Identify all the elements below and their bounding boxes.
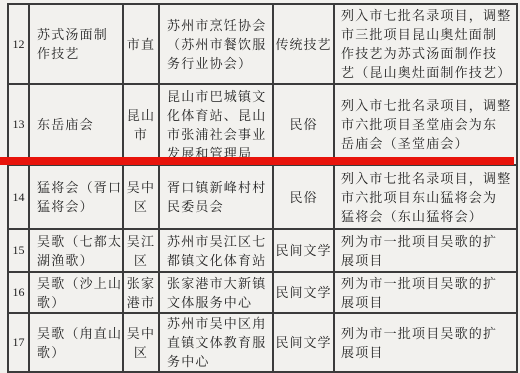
table-row-17: 17 吴歌（甪直山 歌） 吴中 区 苏州市吴中区甪 直镇文体教育服 务中心 民间… xyxy=(8,313,517,372)
cell-category: 民间文学 xyxy=(273,313,334,372)
cell-organization: 胥口镇新峰村村 民委员会 xyxy=(159,165,273,229)
cell-organization: 苏州市吴中区甪 直镇文体教育服 务中心 xyxy=(159,313,273,372)
red-underline-mark xyxy=(0,157,514,165)
cell-organization: 苏州市烹饪协会 （苏州市餐饮服 务行业协会） xyxy=(159,4,273,84)
cell-notes: 列入市七批名录项目，调整 市三批项目昆山奥灶面制 作技艺为苏式汤面制作技 艺（昆… xyxy=(334,4,517,84)
table-row-12: 12 苏式汤面制 作技艺 市直 苏州市烹饪协会 （苏州市餐饮服 务行业协会） 传… xyxy=(8,4,517,84)
cell-notes: 列入市七批名录项目，调整 市六批项目圣堂庙会为东 岳庙会（圣堂庙会） xyxy=(334,84,517,165)
cell-category: 传统技艺 xyxy=(273,4,334,84)
heritage-projects-table: 12 苏式汤面制 作技艺 市直 苏州市烹饪协会 （苏州市餐饮服 务行业协会） 传… xyxy=(7,3,518,373)
cell-region: 市直 xyxy=(123,4,159,84)
cell-project-name: 吴歌（七都太 湖渔歌） xyxy=(29,229,123,272)
table-row-15: 15 吴歌（七都太 湖渔歌） 吴江 区 苏州市吴江区七 都镇文化体育站 民间文学… xyxy=(8,229,517,272)
cell-region: 吴中 区 xyxy=(123,165,159,229)
cell-category: 民间文学 xyxy=(273,229,334,272)
cell-number: 17 xyxy=(8,313,29,372)
cell-organization: 苏州市吴江区七 都镇文化体育站 xyxy=(159,229,273,272)
cell-category: 民俗 xyxy=(273,165,334,229)
table-row-13: 13 东岳庙会 昆山 市 昆山市巴城镇文 化体育站、昆山 市张浦社会事业 发展和… xyxy=(8,84,517,165)
cell-region: 张家 港市 xyxy=(123,272,159,313)
cell-number: 15 xyxy=(8,229,29,272)
cell-notes: 列为市一批项目吴歌的扩 展项目 xyxy=(334,272,517,313)
document-page: 12 苏式汤面制 作技艺 市直 苏州市烹饪协会 （苏州市餐饮服 务行业协会） 传… xyxy=(0,0,520,373)
cell-project-name: 吴歌（沙上山 歌） xyxy=(29,272,123,313)
cell-category: 民间文学 xyxy=(273,272,334,313)
cell-region: 吴江 区 xyxy=(123,229,159,272)
cell-category: 民俗 xyxy=(273,84,334,165)
table-row-16: 16 吴歌（沙上山 歌） 张家 港市 张家港市大新镇 文体服务中心 民间文学 列… xyxy=(8,272,517,313)
cell-number: 16 xyxy=(8,272,29,313)
cell-organization: 昆山市巴城镇文 化体育站、昆山 市张浦社会事业 发展和管理局 xyxy=(159,84,273,165)
cell-region: 昆山 市 xyxy=(123,84,159,165)
cell-project-name: 吴歌（甪直山 歌） xyxy=(29,313,123,372)
cell-number: 12 xyxy=(8,4,29,84)
cell-organization: 张家港市大新镇 文体服务中心 xyxy=(159,272,273,313)
cell-project-name: 东岳庙会 xyxy=(29,84,123,165)
cell-region: 吴中 区 xyxy=(123,313,159,372)
cell-notes: 列为市一批项目吴歌的扩 展项目 xyxy=(334,313,517,372)
cell-number: 14 xyxy=(8,165,29,229)
cell-project-name: 苏式汤面制 作技艺 xyxy=(29,4,123,84)
table-row-14: 14 猛将会（胥口 猛将会） 吴中 区 胥口镇新峰村村 民委员会 民俗 列入市七… xyxy=(8,165,517,229)
cell-notes: 列为市一批项目吴歌的扩 展项目 xyxy=(334,229,517,272)
cell-project-name: 猛将会（胥口 猛将会） xyxy=(29,165,123,229)
cell-number: 13 xyxy=(8,84,29,165)
cell-notes: 列入市七批名录项目，调整 市六批项目东山猛将会为 猛将会（东山猛将会） xyxy=(334,165,517,229)
